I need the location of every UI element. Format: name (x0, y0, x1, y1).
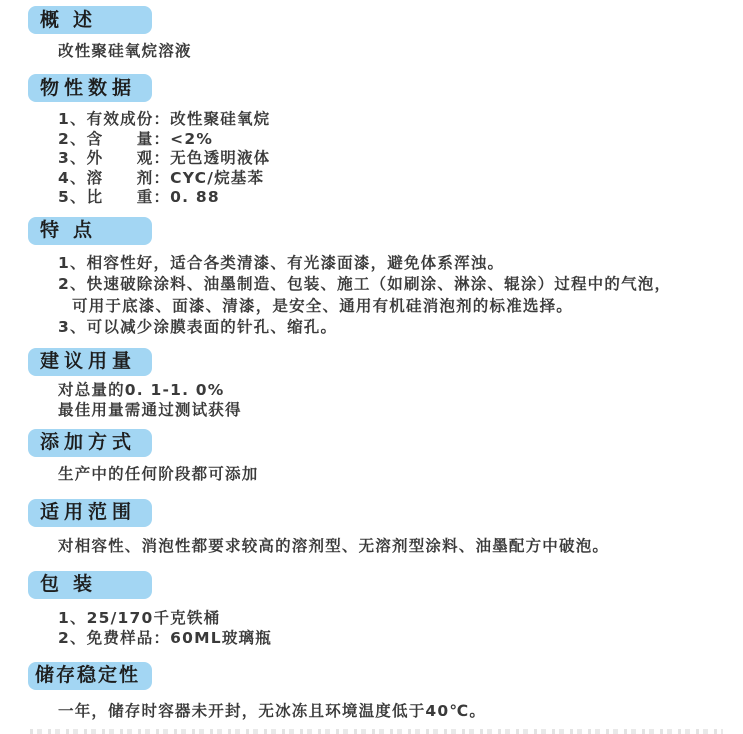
text-line: 3、可以减少涂膜表面的针孔、缩孔。 (58, 317, 743, 339)
text-line: 1、有效成份：改性聚硅氧烷 (58, 110, 743, 130)
section-scope: 适用范围对相容性、消泡性都要求较高的溶剂型、无溶剂型涂料、油墨配方中破泡。 (0, 499, 743, 556)
section-header-overview: 概述 (28, 6, 152, 34)
section-title-features: 特点 (40, 221, 106, 240)
section-title-overview: 概述 (40, 11, 106, 30)
section-physical: 物性数据1、有效成份：改性聚硅氧烷2、含 量：<2%3、外 观：无色透明液体4、… (0, 74, 743, 208)
cut-off-text-line (30, 729, 723, 734)
section-storage: 储存稳定性一年，储存时容器未开封，无冰冻且环境温度低于40℃。 (0, 662, 743, 721)
section-content-storage: 一年，储存时容器未开封，无冰冻且环境温度低于40℃。 (58, 701, 743, 721)
section-content-scope: 对相容性、消泡性都要求较高的溶剂型、无溶剂型涂料、油墨配方中破泡。 (58, 536, 743, 556)
text-line: 改性聚硅氧烷溶液 (58, 41, 743, 61)
section-header-features: 特点 (28, 217, 152, 245)
section-features: 特点1、相容性好，适合各类清漆、有光漆面漆，避免体系浑浊。2、快速破除涂料、油墨… (0, 217, 743, 339)
text-line: 最佳用量需通过测试获得 (58, 400, 743, 420)
section-content-features: 1、相容性好，适合各类清漆、有光漆面漆，避免体系浑浊。2、快速破除涂料、油墨制造… (58, 253, 743, 339)
text-line: 一年，储存时容器未开封，无冰冻且环境温度低于40℃。 (58, 701, 743, 721)
section-header-storage: 储存稳定性 (28, 662, 152, 690)
section-packaging: 包装1、25/170千克铁桶2、免费样品：60ML玻璃瓶 (0, 571, 743, 648)
text-line: 5、比 重：0. 88 (58, 188, 743, 208)
text-line: 4、溶 剂：CYC/烷基苯 (58, 169, 743, 189)
section-method: 添加方式生产中的任何阶段都可添加 (0, 429, 743, 484)
text-line: 对相容性、消泡性都要求较高的溶剂型、无溶剂型涂料、油墨配方中破泡。 (58, 536, 743, 556)
section-content-overview: 改性聚硅氧烷溶液 (58, 41, 743, 61)
section-title-packaging: 包装 (40, 575, 106, 594)
section-title-physical: 物性数据 (40, 79, 136, 98)
text-line: 1、25/170千克铁桶 (58, 608, 743, 628)
text-line: 可用于底漆、面漆、清漆，是安全、通用有机硅消泡剂的标准选择。 (72, 296, 743, 318)
section-header-physical: 物性数据 (28, 74, 152, 102)
text-line: 生产中的任何阶段都可添加 (58, 464, 743, 484)
section-header-packaging: 包装 (28, 571, 152, 599)
section-content-method: 生产中的任何阶段都可添加 (58, 464, 743, 484)
section-content-physical: 1、有效成份：改性聚硅氧烷2、含 量：<2%3、外 观：无色透明液体4、溶 剂：… (58, 110, 743, 208)
text-line: 2、快速破除涂料、油墨制造、包装、施工（如刷涂、淋涂、辊涂）过程中的气泡， (58, 274, 743, 296)
text-line: 2、免费样品：60ML玻璃瓶 (58, 628, 743, 648)
section-content-packaging: 1、25/170千克铁桶2、免费样品：60ML玻璃瓶 (58, 608, 743, 648)
text-line: 3、外 观：无色透明液体 (58, 149, 743, 169)
text-line: 1、相容性好，适合各类清漆、有光漆面漆，避免体系浑浊。 (58, 253, 743, 275)
text-line: 对总量的0. 1-1. 0% (58, 380, 743, 400)
section-content-dosage: 对总量的0. 1-1. 0%最佳用量需通过测试获得 (58, 380, 743, 420)
section-header-scope: 适用范围 (28, 499, 152, 527)
section-title-scope: 适用范围 (40, 503, 136, 522)
section-overview: 概述改性聚硅氧烷溶液 (0, 6, 743, 61)
section-header-method: 添加方式 (28, 429, 152, 457)
section-header-dosage: 建议用量 (28, 348, 152, 376)
section-title-dosage: 建议用量 (40, 352, 136, 371)
section-dosage: 建议用量对总量的0. 1-1. 0%最佳用量需通过测试获得 (0, 348, 743, 420)
datasheet-sections: 概述改性聚硅氧烷溶液物性数据1、有效成份：改性聚硅氧烷2、含 量：<2%3、外 … (0, 0, 743, 721)
section-title-method: 添加方式 (40, 433, 136, 452)
section-title-storage: 储存稳定性 (35, 666, 140, 685)
text-line: 2、含 量：<2% (58, 130, 743, 150)
